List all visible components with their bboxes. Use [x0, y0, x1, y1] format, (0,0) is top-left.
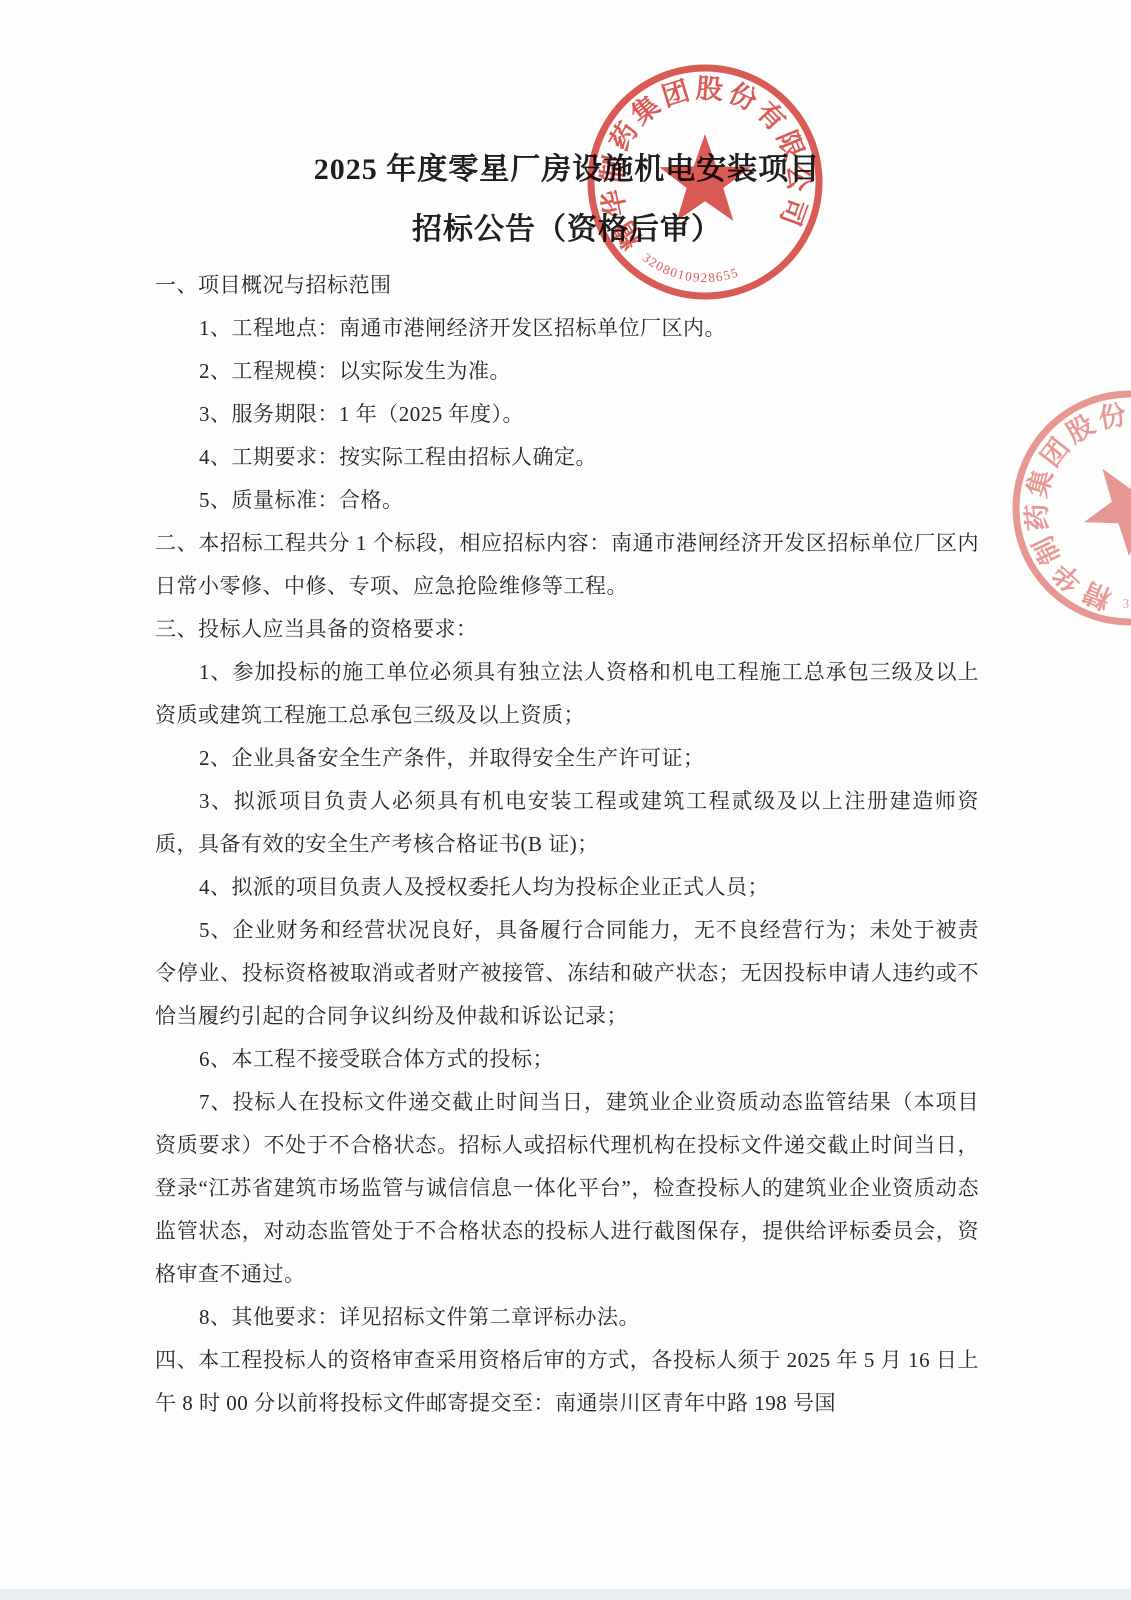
- paragraph-item: 1、工程地点：南通市港闸经济开发区招标单位厂区内。: [155, 307, 979, 350]
- paragraph-section: 四、本工程投标人的资格审查采用资格后审的方式，各投标人须于 2025 年 5 月…: [155, 1339, 979, 1425]
- document-content: 2025 年度零星厂房设施机电安装项目 招标公告（资格后审） 一、项目概况与招标…: [155, 140, 979, 1425]
- title-line-2: 招标公告（资格后审）: [155, 200, 979, 260]
- paragraph-item: 1、参加投标的施工单位必须具有独立法人资格和机电工程施工总承包三级及以上资质或建…: [155, 651, 979, 737]
- seal-icon: 精华制药集团股份有限公司 3208010928655: [963, 341, 1131, 675]
- paragraph-item: 4、拟派的项目负责人及授权委托人均为投标企业正式人员；: [155, 866, 979, 909]
- company-seal-side: 精华制药集团股份有限公司 3208010928655: [963, 341, 1131, 675]
- document-body: 一、项目概况与招标范围1、工程地点：南通市港闸经济开发区招标单位厂区内。2、工程…: [155, 264, 979, 1425]
- paragraph-item: 3、服务期限：1 年（2025 年度）。: [155, 393, 979, 436]
- paragraph-item: 6、本工程不接受联合体方式的投标；: [155, 1038, 979, 1081]
- paragraph-item: 2、企业具备安全生产条件，并取得安全生产许可证；: [155, 737, 979, 780]
- seal-serial-text: 3208010928655: [1115, 543, 1131, 630]
- paragraph-item: 2、工程规模：以实际发生为准。: [155, 350, 979, 393]
- seal-company-text: 精华制药集团股份有限公司: [978, 357, 1131, 630]
- scan-edge-shadow: [0, 1589, 1131, 1600]
- paragraph-item: 7、投标人在投标文件递交截止时间当日，建筑业企业资质动态监管结果（本项目资质要求…: [155, 1081, 979, 1296]
- paragraph-item: 5、企业财务和经营状况良好，具备履行合同能力，无不良经营行为；未处于被责令停业、…: [155, 909, 979, 1038]
- paragraph-section: 一、项目概况与招标范围: [155, 264, 979, 307]
- document-title: 2025 年度零星厂房设施机电安装项目 招标公告（资格后审）: [155, 140, 979, 260]
- paragraph-section: 三、投标人应当具备的资格要求：: [155, 608, 979, 651]
- seal-ring: [971, 349, 1131, 667]
- scanned-document-page: 2025 年度零星厂房设施机电安装项目 招标公告（资格后审） 一、项目概况与招标…: [0, 0, 1131, 1600]
- star-icon: [1065, 442, 1131, 566]
- title-line-1: 2025 年度零星厂房设施机电安装项目: [155, 140, 979, 200]
- paragraph-section: 二、本招标工程共分 1 个标段，相应招标内容：南通市港闸经济开发区招标单位厂区内…: [155, 522, 979, 608]
- paragraph-item: 5、质量标准：合格。: [155, 479, 979, 522]
- paragraph-item: 3、拟派项目负责人必须具有机电安装工程或建筑工程贰级及以上注册建造师资质，具备有…: [155, 780, 979, 866]
- paragraph-item: 4、工期要求：按实际工程由招标人确定。: [155, 436, 979, 479]
- paragraph-item: 8、其他要求：详见招标文件第二章评标办法。: [155, 1296, 979, 1339]
